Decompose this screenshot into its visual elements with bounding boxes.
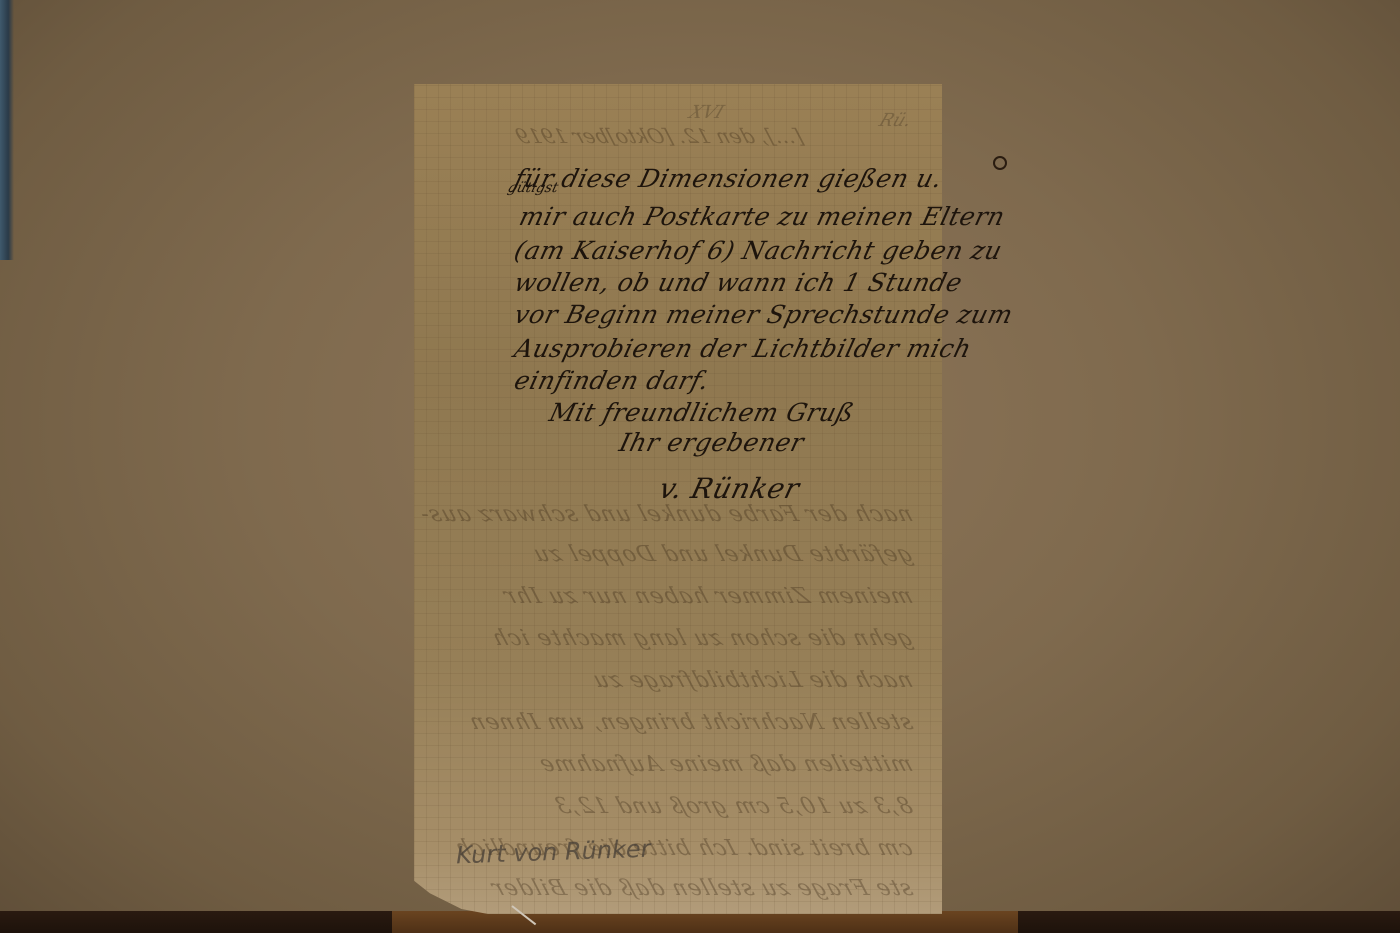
bleed-through-heading: […], den 12. [Okto]ber 1919 [512, 124, 806, 148]
letter-line-4: wollen, ob und wann ich 1 Stunde [511, 268, 965, 297]
circle-mark [993, 156, 1007, 170]
bleed-line: ste Frage zu stellen daß die Bilder [438, 876, 916, 901]
bleed-line: 8,3 zu 10,5 cm groß und 12,3 [438, 794, 916, 819]
wooden-easel [392, 911, 1018, 933]
closing-valediction: Ihr ergebener [616, 428, 807, 457]
background-blue-object [0, 0, 14, 260]
bleed-line: gehn die schon zu lang machte ich [438, 626, 916, 651]
letter-line-5: vor Beginn meiner Sprechstunde zum [511, 300, 1016, 329]
bleed-line: stellen Nachricht bringen, um Ihnen [438, 710, 916, 735]
letter-line-6: Ausprobieren der Lichtbilder mich [511, 334, 974, 363]
letter-line-3: (am Kaiserhof 6) Nachricht geben zu [511, 236, 1005, 265]
closing-greeting: Mit freundlichem Gruß [546, 398, 857, 427]
bleed-line: nach die Lichtbildfrage zu [438, 668, 916, 693]
signature: v. Rünker [656, 472, 803, 505]
bleed-line: nach der Farbe dunkel und schwarz aus- [438, 502, 916, 527]
bleed-line: gefärbte Dunkel und Doppel zu [438, 542, 916, 567]
letter-line-2: mir auch Postkarte zu meinen Eltern [516, 202, 1008, 231]
bleed-line: meinem Zimmer haben nur zu Ihr [438, 584, 916, 609]
letter-line-7: einfinden darf. [511, 366, 712, 395]
bleed-line: mitteilen daß meine Aufnahme [438, 752, 916, 777]
letter-line-1: für diese Dimensionen gießen u. [511, 164, 945, 193]
